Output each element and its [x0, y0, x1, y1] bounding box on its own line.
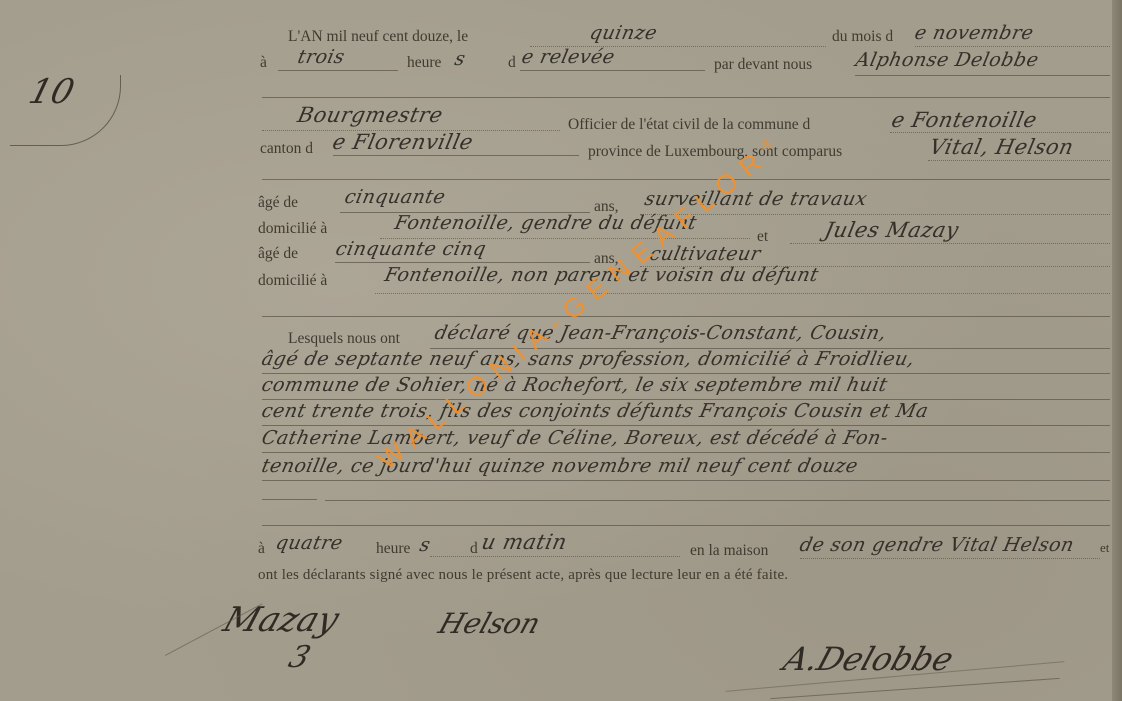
fill-line: [325, 500, 1110, 501]
hand-title: Bourgmestre: [295, 103, 445, 127]
print-officier: Officier de l'état civil de la commune d: [568, 116, 810, 134]
print-maison: en la maison: [690, 542, 768, 560]
fill-line: [928, 160, 1110, 161]
hand-period2: u matin: [479, 530, 569, 554]
fill-line: [855, 75, 1110, 76]
fill-line: [262, 499, 317, 500]
hand-plural: s: [453, 48, 468, 70]
hand-declaration-3: commune de Sohier, né à Rochefort, le si…: [260, 374, 890, 396]
hand-declarant1: Vital, Helson: [927, 135, 1076, 159]
print-domicile1: domicilié à: [258, 220, 327, 238]
hand-period: e relevée: [520, 46, 617, 68]
hand-day: quinze: [588, 22, 660, 44]
hand-house: de son gendre Vital Helson: [798, 534, 1077, 556]
fill-line: [915, 46, 1110, 47]
separator-rule: [262, 179, 1110, 180]
fill-line: [430, 556, 680, 557]
print-heure2: heure: [376, 540, 410, 558]
fill-line: [520, 70, 705, 71]
print-lesquels: Lesquels nous ont: [288, 330, 400, 348]
hand-age2: cinquante cinq: [334, 238, 489, 260]
fill-line: [278, 70, 398, 71]
signature-mazay-paraph: 3: [284, 640, 314, 675]
print-domicile2: domicilié à: [258, 272, 327, 290]
print-closing: ont les déclarants signé avec nous le pr…: [258, 567, 788, 584]
fill-line: [375, 293, 1110, 294]
fill-line: [890, 132, 1110, 133]
hand-declarant2: Jules Mazay: [822, 218, 961, 242]
print-devant: par devant nous: [714, 56, 812, 74]
separator-rule: [262, 97, 1110, 98]
hand-declaration-5: Catherine Lambert, veuf de Céline, Boreu…: [260, 427, 891, 449]
print-year: L'AN mil neuf cent douze, le: [288, 28, 468, 46]
separator-rule: [262, 316, 1110, 317]
hand-month: e novembre: [913, 22, 1036, 44]
page-edge: [1112, 0, 1122, 701]
hand-declaration-2: âgé de septante neuf ans, sans professio…: [260, 348, 917, 370]
print-province: province de Luxembourg, sont comparus: [588, 143, 842, 161]
fill-line: [800, 558, 1100, 559]
hand-canton: e Florenville: [330, 130, 475, 154]
print-et2: et: [1100, 540, 1109, 556]
hand-age1: cinquante: [343, 186, 448, 208]
fill-line: [790, 243, 1110, 244]
print-age2: âgé de: [258, 245, 298, 263]
fill-line: [262, 425, 1110, 426]
hand-commune: e Fontenoille: [889, 108, 1039, 132]
signature-underline: [770, 678, 1059, 699]
fill-line: [333, 155, 579, 156]
hand-declaration-1: déclaré que Jean-François-Constant, Cous…: [433, 322, 889, 344]
fill-line: [335, 262, 590, 263]
print-heure: heure: [407, 54, 441, 72]
hand-declaration-4: cent trente trois, fils des conjoints dé…: [260, 400, 931, 422]
print-month-label: du mois d: [832, 28, 893, 46]
print-d: d: [508, 54, 516, 72]
hand-plural2: s: [418, 534, 433, 556]
hand-hour2: quatre: [274, 532, 345, 554]
print-a: à: [260, 54, 267, 72]
hand-declaration-6: tenoille, ce jourd'hui quinze novembre m…: [260, 455, 860, 477]
print-a2: à: [258, 540, 265, 558]
hand-hour: trois: [296, 46, 347, 68]
signature-mazay: Mazay: [219, 600, 344, 640]
signature-helson: Helson: [435, 607, 545, 640]
print-age1: âgé de: [258, 194, 298, 212]
hand-officer: Alphonse Delobbe: [854, 49, 1041, 71]
print-canton: canton d: [260, 140, 313, 158]
fill-line: [262, 480, 1110, 481]
separator-rule: [262, 525, 1110, 526]
